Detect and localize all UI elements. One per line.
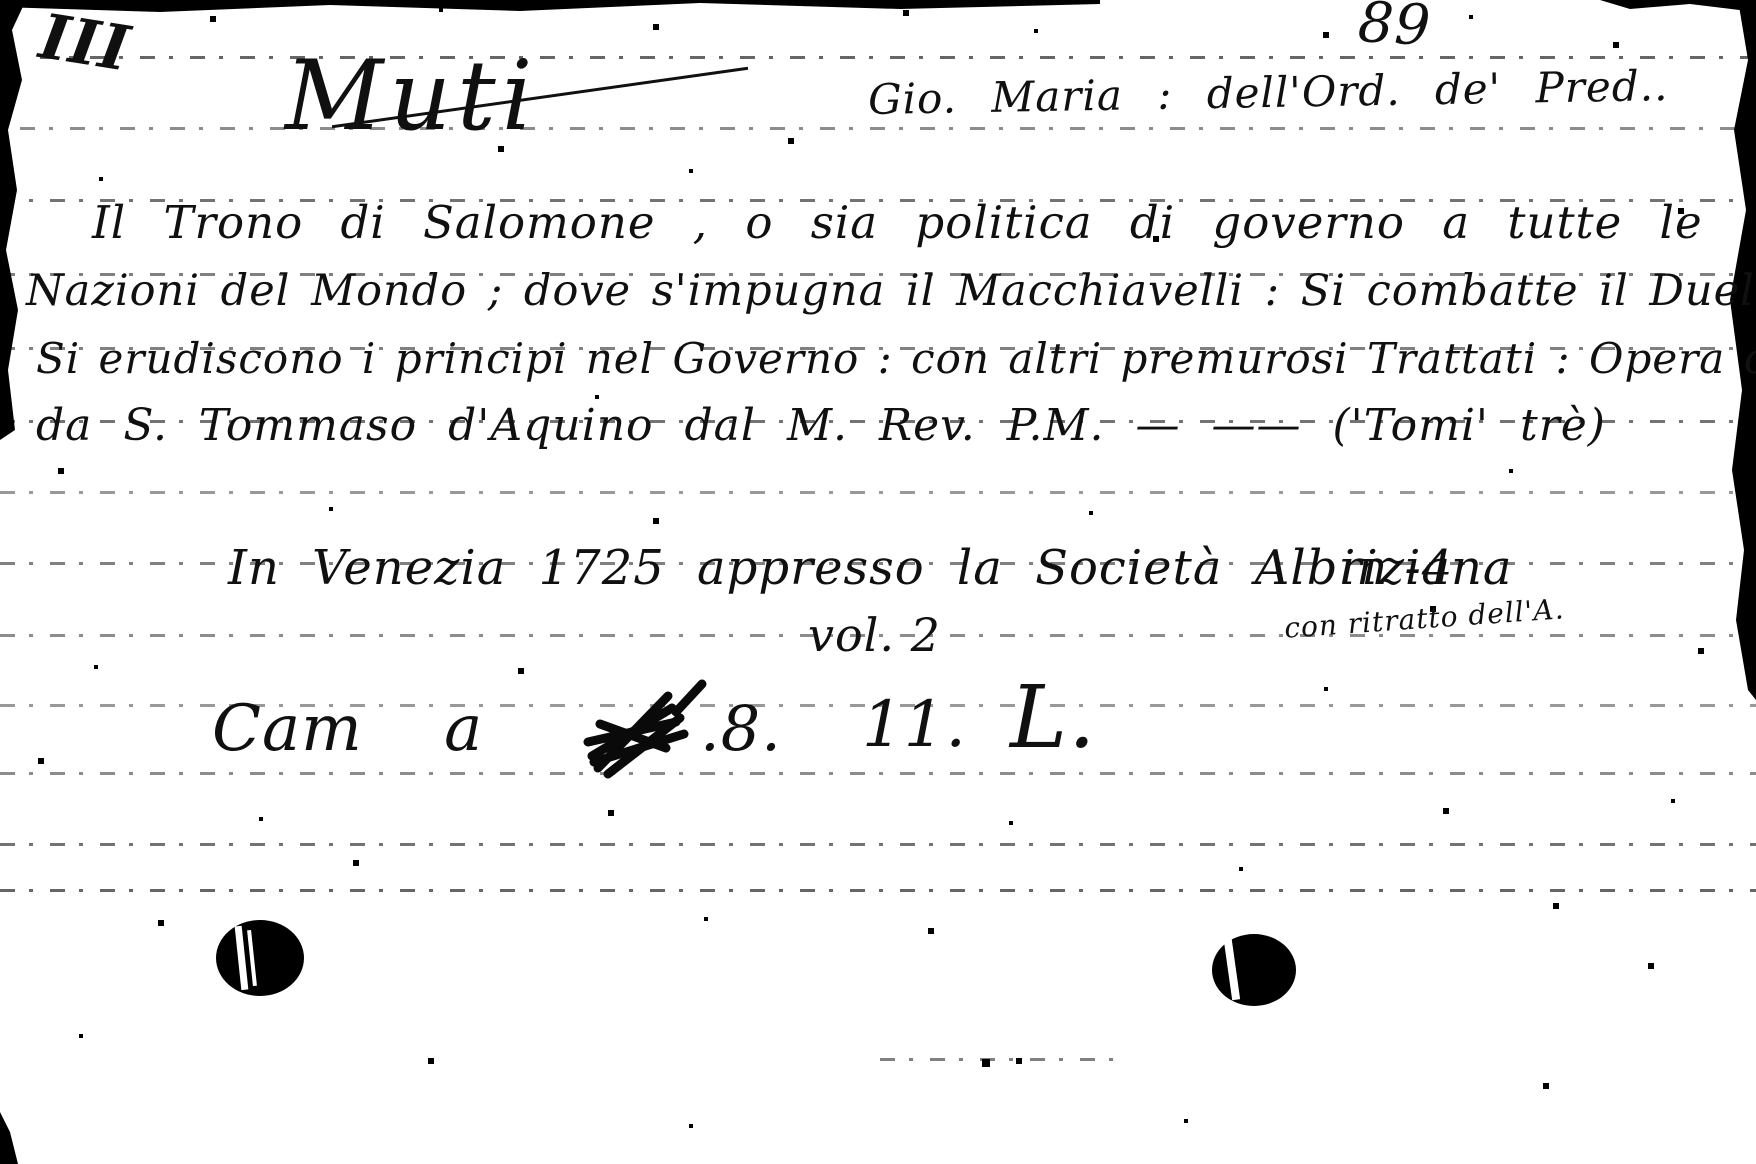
ruled-line (0, 843, 1756, 846)
shelfmark-number: 11. (862, 688, 967, 762)
heading-author-details: Gio. Maria : dell'Ord. de' Pred.. (868, 61, 1669, 124)
corner-mark: III (35, 0, 135, 86)
ruled-line (0, 491, 1756, 494)
shelfmark-segment: .8. (700, 692, 782, 765)
imprint-volume: vol. 2 (808, 608, 941, 662)
shelfmark-prefix: Cam a (212, 692, 483, 766)
ruled-line (0, 889, 1756, 892)
ink-scribble (580, 678, 720, 788)
card-number: 89 (1356, 0, 1433, 59)
torn-edge-top-right (1600, 0, 1756, 12)
title-line: Si erudiscono i principi nel Governo : c… (36, 334, 1756, 383)
torn-edge-bottom-left (0, 1112, 20, 1164)
torn-edge-left (0, 0, 30, 440)
imprint-format: in -4 (1340, 540, 1453, 596)
ruled-line (0, 772, 1756, 775)
ruled-line (20, 127, 1756, 130)
punch-hole-left (210, 916, 310, 1000)
torn-edge-top (0, 0, 1100, 15)
punch-hole-right (1206, 930, 1302, 1010)
catalog-card: III 89 Muti Gio. Maria : dell'Ord. de' P… (0, 0, 1756, 1164)
shelfmark-letter: L. (1010, 668, 1096, 768)
ruled-line (880, 1058, 1130, 1061)
imprint-line: In Venezia 1725 appresso la Società Albr… (228, 540, 1513, 596)
title-line: da S. Tommaso d'Aquino dal M. Rev. P.M. … (36, 400, 1606, 451)
heading-surname: Muti (285, 40, 538, 152)
title-line: Nazioni del Mondo ; dove s'impugna il Ma… (26, 266, 1756, 316)
title-line: Il Trono di Salomone , o sia politica di… (92, 196, 1703, 249)
